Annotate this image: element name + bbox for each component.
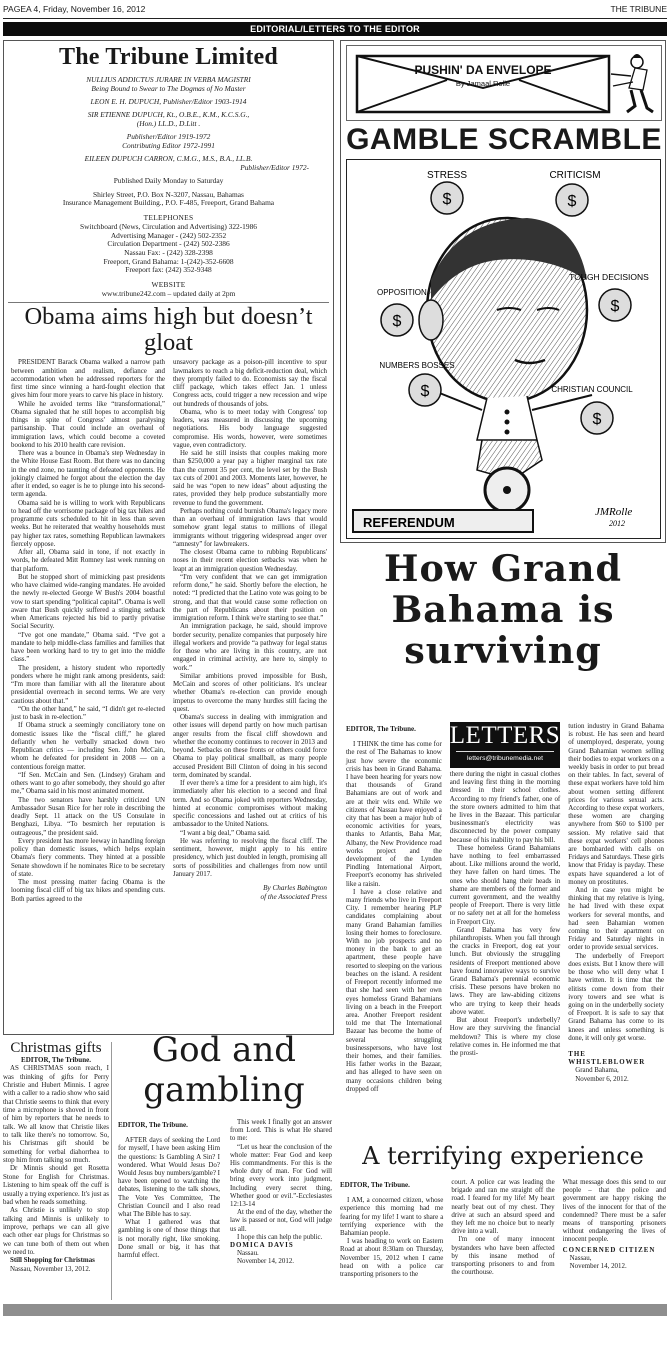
- letter-location-date: Nassau, November 13, 2012.: [3, 1265, 109, 1273]
- paragraph: Obama, who is to meet today with Congres…: [173, 408, 327, 449]
- address-1: Shirley Street, P.O. Box N-3207, Nassau,…: [93, 190, 244, 199]
- paragraph: What I gathered was that gambling is one…: [118, 1218, 220, 1259]
- paragraph: This week I finally got an answer from L…: [230, 1118, 332, 1143]
- paragraph: The most pressing matter facing Obama is…: [11, 878, 165, 903]
- letters-email-link[interactable]: letters@tribunemedia.net: [450, 754, 560, 764]
- editor-label: EDITOR, The Tribune.: [118, 1121, 220, 1129]
- paragraph: There was a bounce in Obama's step Wedne…: [11, 449, 165, 499]
- paragraph: Perhaps nothing could burnish Obama's le…: [173, 507, 327, 548]
- masthead-credits: NULLIUS ADDICTUS JURARE IN VERBA MAGISTR…: [4, 75, 333, 172]
- gb-letter-body: EDITOR, The Tribune. I THINK the time ha…: [346, 722, 664, 1093]
- paragraph: If Obama struck a seemingly conciliatory…: [11, 721, 165, 771]
- published-days: Published Daily Monday to Saturday: [4, 177, 333, 186]
- byline-agency: of the Associated Press: [173, 893, 327, 902]
- paragraph: What message does this send to our peopl…: [563, 1178, 666, 1244]
- editor-label: EDITOR, The Tribune.: [340, 1181, 443, 1189]
- svg-text:STRESS: STRESS: [427, 170, 467, 181]
- letter-date: November 14, 2012.: [563, 1262, 666, 1270]
- terrifying-letter-body: EDITOR, The Tribune. I AM, a concerned c…: [340, 1178, 666, 1278]
- paragraph: Dr Minnis should get Rosetta Stone for E…: [3, 1164, 109, 1206]
- letter-column-3: What message does this send to our peopl…: [563, 1178, 666, 1278]
- terrifying-headline: A terrifying experience: [340, 1140, 666, 1172]
- paragraph: The two senators have harshly criticized…: [11, 796, 165, 837]
- letter-column-1: EDITOR, The Tribune. I THINK the time ha…: [346, 722, 442, 1093]
- svg-text:$: $: [568, 193, 577, 210]
- editor-2-line-1: SIR ETIENNE DUPUCH, Kt., O.B.E., K.M., K…: [88, 110, 250, 119]
- masthead-box: The Tribune Limited NULLIUS ADDICTUS JUR…: [3, 40, 334, 1035]
- paragraph: The president, a history student who rep…: [11, 664, 165, 705]
- editor-2-line-4: Contributing Editor 1972-1991: [122, 141, 215, 150]
- paper-name: THE TRIBUNE: [610, 4, 667, 18]
- letters-logo-title: LETTERS: [450, 722, 560, 750]
- paragraph: I AM, a concerned citizen, whose experie…: [340, 1196, 443, 1237]
- address-2: Insurance Management Building., P.O. F-4…: [63, 198, 274, 207]
- editor-3-line-1: EILEEN DUPUCH CARRON, C.M.G., M.S., B.A.…: [4, 154, 333, 163]
- paragraph: “Let us hear the conclusion of the whole…: [230, 1143, 332, 1209]
- paragraph: “I'm very confident that we can get immi…: [173, 573, 327, 623]
- paragraph: He said he still insists that couples ma…: [173, 449, 327, 507]
- paragraph: AS CHRISTMAS soon reach, I was thinking …: [3, 1064, 109, 1164]
- paragraph: there during the night in casual clothes…: [450, 770, 560, 844]
- paragraph: He was referring to resolving the fiscal…: [173, 837, 327, 878]
- paragraph: “I've got one mandate,” Obama said. “I'v…: [11, 631, 165, 664]
- paragraph: At the end of the day, whether the law i…: [230, 1208, 332, 1233]
- letter-column-1: EDITOR, The Tribune. AFTER days of seeki…: [118, 1118, 220, 1266]
- letter-signature: Still Shopping for Christmas: [3, 1256, 109, 1264]
- paragraph: Similar ambitions proved impossible for …: [173, 672, 327, 713]
- gb-headline: How Grand Bahama is surviving: [340, 548, 666, 671]
- svg-text:OPPOSITION: OPPOSITION: [377, 288, 427, 297]
- paragraph: An immigration package, he said, should …: [173, 622, 327, 672]
- paragraph: I have a close relative and many friends…: [346, 888, 442, 1093]
- svg-text:$: $: [421, 383, 430, 400]
- juggler-caricature-icon: $ $ $ $ $ $ STRESS CRITICISM OPPOSITION …: [347, 160, 660, 538]
- paragraph: The underbelly of Freeport does exists. …: [568, 952, 664, 1042]
- envelope-illustration-icon: PUSHIN' DA ENVELOPE By Jamaal Rolle: [347, 46, 663, 122]
- svg-text:NUMBERS BOSSES: NUMBERS BOSSES: [379, 361, 454, 370]
- envelope-strip: PUSHIN' DA ENVELOPE By Jamaal Rolle: [346, 45, 662, 121]
- letter-column-2: This week I finally got an answer from L…: [230, 1118, 332, 1266]
- paragraph: Every president has more leeway in handl…: [11, 837, 165, 878]
- letter-signature: DOMICA DAVIS: [230, 1241, 332, 1249]
- paragraph: The closest Obama came to rubbing Republ…: [173, 548, 327, 573]
- svg-text:CRITICISM: CRITICISM: [549, 170, 600, 181]
- svg-text:TOUGH DECISIONS: TOUGH DECISIONS: [569, 272, 649, 282]
- paragraph: As Christie is unlikely to stop talking …: [3, 1206, 109, 1256]
- letter-signature: THE WHISTLEBLOWER: [568, 1050, 664, 1066]
- paragraph: AFTER days of seeking the Lord for mysel…: [118, 1136, 220, 1218]
- coin-opposition-icon: $: [381, 304, 413, 336]
- coin-numbers-bosses-icon: $: [409, 374, 441, 406]
- masthead-title: The Tribune Limited: [4, 44, 333, 71]
- god-letter-body: EDITOR, The Tribune. AFTER days of seeki…: [118, 1118, 332, 1266]
- letter-column-2: LETTERS letters@tribunemedia.net there d…: [450, 722, 560, 1093]
- svg-text:$: $: [393, 313, 402, 330]
- paragraph: court. A police car was leading the brig…: [451, 1178, 554, 1235]
- motto-latin: NULLIUS ADDICTUS JURARE IN VERBA MAGISTR…: [86, 75, 251, 84]
- byline-author: By Charles Babington: [173, 884, 327, 893]
- paragraph: If ever there's a time for a president t…: [173, 779, 327, 829]
- paragraph: I THINK the time has come for the rest o…: [346, 740, 442, 888]
- website-link[interactable]: www.tribune242.com – updated daily at 2p…: [4, 290, 333, 299]
- coin-stress-icon: $: [431, 182, 463, 214]
- motto-english: Being Bound to Swear to The Dogmas of No…: [91, 84, 245, 93]
- footer-bar: [3, 1304, 667, 1316]
- svg-text:$: $: [611, 298, 620, 315]
- christmas-headline: Christmas gifts: [3, 1040, 109, 1056]
- paragraph: While he avoided terms like “transformat…: [11, 400, 165, 450]
- paragraph: Obama's success in dealing with immigrat…: [173, 713, 327, 779]
- letter-date: November 14, 2012.: [230, 1257, 332, 1265]
- paragraph: “On the other hand,” he said, “I didn't …: [11, 705, 165, 722]
- svg-text:CHRISTIAN COUNCIL: CHRISTIAN COUNCIL: [551, 385, 633, 394]
- paragraph: After all, Obama said in tone, if not ex…: [11, 548, 165, 573]
- svg-text:JMRolle: JMRolle: [595, 506, 632, 518]
- page-header: PAGEA 4, Friday, November 16, 2012 THE T…: [3, 4, 667, 18]
- letter-column-1: EDITOR, The Tribune. I AM, a concerned c…: [340, 1178, 443, 1278]
- svg-text:REFERENDUM: REFERENDUM: [363, 515, 455, 530]
- article-column-1: PRESIDENT Barack Obama walked a narrow p…: [11, 358, 165, 903]
- letter-signature: CONCERNED CITIZEN: [563, 1246, 666, 1254]
- editor-label: EDITOR, The Tribune.: [3, 1056, 109, 1064]
- paragraph: I'm one of many innocent bystanders who …: [451, 1235, 554, 1276]
- editor-2-line-3: Publisher/Editor 1919-1972: [127, 132, 211, 141]
- paragraph: “I want a big deal,” Obama said.: [173, 829, 327, 837]
- svg-text:PUSHIN' DA ENVELOPE: PUSHIN' DA ENVELOPE: [414, 63, 551, 77]
- coin-christian-council-icon: $: [581, 402, 613, 434]
- byline: By Charles Babington of the Associated P…: [173, 884, 327, 902]
- column-divider: [111, 1042, 112, 1300]
- paragraph: And in case you might be thinking that m…: [568, 886, 664, 952]
- christmas-letter: Christmas gifts EDITOR, The Tribune. AS …: [3, 1040, 109, 1273]
- editor-3-line-2: Publisher/Editor 1972-: [4, 163, 333, 172]
- page-info: PAGEA 4, Friday, November 16, 2012: [3, 4, 145, 18]
- article-column-2: unsavory package as a poison-pill incent…: [173, 358, 327, 903]
- paragraph: Obama said he is willing to work with Re…: [11, 499, 165, 549]
- svg-text:$: $: [443, 191, 452, 208]
- letter-column-2: court. A police car was leading the brig…: [451, 1178, 554, 1278]
- paragraph: These homeless Grand Bahamians have noth…: [450, 844, 560, 926]
- letter-location: Nassau.: [230, 1249, 332, 1257]
- section-bar: EDITORIAL/LETTERS TO THE EDITOR: [3, 22, 667, 36]
- svg-text:By Jamaal Rolle: By Jamaal Rolle: [456, 79, 510, 88]
- god-gambling-headline: God and gambling: [114, 1030, 334, 1110]
- masthead-contact: Published Daily Monday to Saturday Shirl…: [4, 177, 333, 298]
- letter-column-3: tution industry in Grand Bahama is robus…: [568, 722, 664, 1093]
- paragraph: “If Sen. McCain and Sen. (Lindsey) Graha…: [11, 771, 165, 796]
- paragraph: tution industry in Grand Bahama is robus…: [568, 722, 664, 886]
- paragraph: But he stopped short of mimicking past p…: [11, 573, 165, 631]
- letter-location: Grand Bahama,: [568, 1066, 664, 1074]
- editor-2-line-2: (Hon.) LL.D., D.Litt .: [137, 119, 200, 128]
- paragraph: But about Freeport's underbelly? How are…: [450, 1016, 560, 1057]
- coin-tough-decisions-icon: $: [599, 289, 631, 321]
- paragraph: Grand Bahama has very few philanthropist…: [450, 926, 560, 1016]
- header-rule: [3, 18, 667, 19]
- letters-logo-box: LETTERS letters@tribunemedia.net: [450, 722, 560, 768]
- editor-1: LEON E. H. DUPUCH, Publisher/Editor 1903…: [4, 97, 333, 106]
- paragraph: I hope this can help the public.: [230, 1233, 332, 1241]
- coin-criticism-icon: $: [556, 184, 588, 216]
- paragraph: I was heading to work on Eastern Road at…: [340, 1237, 443, 1278]
- paragraph: unsavory package as a poison-pill incent…: [173, 358, 327, 408]
- phone-item: Freeport fax: (242) 352-9348: [4, 266, 333, 275]
- letter-location: Nassau,: [563, 1254, 666, 1262]
- editor-label: EDITOR, The Tribune.: [346, 725, 442, 733]
- obama-headline: Obama aims high but doesn’t gloat: [4, 304, 333, 356]
- cartoon-illustration: $ $ $ $ $ $ STRESS CRITICISM OPPOSITION …: [346, 159, 661, 539]
- cartoon-title: GAMBLE SCRAMBLE: [344, 123, 664, 157]
- letter-date: November 6, 2012.: [568, 1075, 664, 1083]
- obama-article-body: PRESIDENT Barack Obama walked a narrow p…: [4, 356, 333, 903]
- svg-text:$: $: [593, 411, 602, 428]
- svg-text:2012: 2012: [609, 519, 625, 528]
- cartoon-box: PUSHIN' DA ENVELOPE By Jamaal Rolle GAMB…: [340, 40, 666, 543]
- paragraph: PRESIDENT Barack Obama walked a narrow p…: [11, 358, 165, 399]
